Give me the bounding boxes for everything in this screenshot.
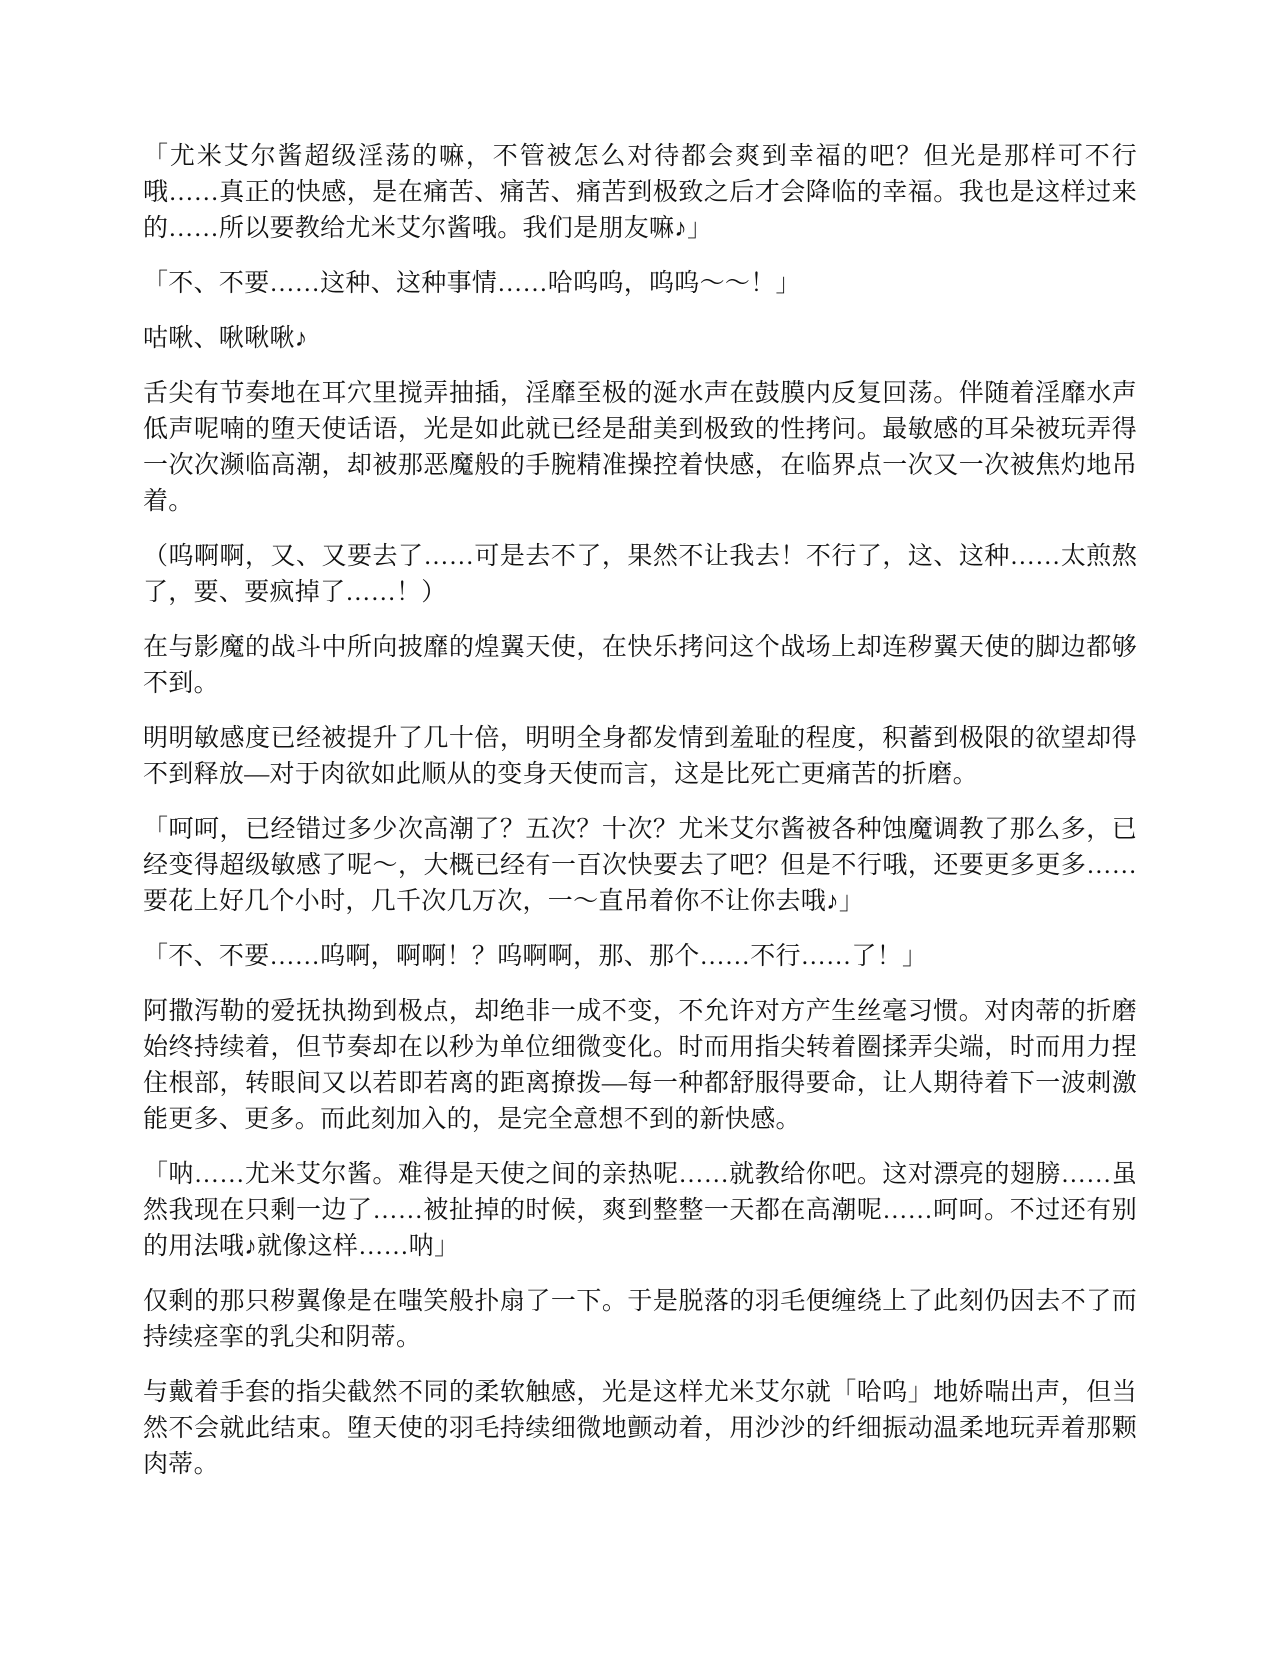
paragraph-dialogue-4: 「不、不要……呜啊，啊啊！？呜啊啊，那、那个……不行……了！」	[143, 939, 1137, 975]
paragraph-narration-5: 仅剩的那只秽翼像是在嗤笑般扑扇了一下。于是脱落的羽毛便缠绕上了此刻仍因去不了而持…	[143, 1284, 1137, 1356]
paragraph-narration-6: 与戴着手套的指尖截然不同的柔软触感，光是这样尤米艾尔就「哈呜」地娇喘出声，但当然…	[143, 1375, 1137, 1483]
paragraph-narration-4: 阿撒泻勒的爱抚执拗到极点，却绝非一成不变，不允许对方产生丝毫习惯。对肉蒂的折磨始…	[143, 994, 1137, 1138]
paragraph-dialogue-5: 「呐……尤米艾尔酱。难得是天使之间的亲热呢……就教给你吧。这对漂亮的翅膀……虽然…	[143, 1157, 1137, 1265]
paragraph-dialogue-3: 「呵呵，已经错过多少次高潮了？五次？十次？尤米艾尔酱被各种蚀魔调教了那么多，已经…	[143, 812, 1137, 920]
document-page: 「尤米艾尔酱超级淫荡的嘛，不管被怎么对待都会爽到幸福的吧？但光是那样可不行哦………	[0, 0, 1280, 1656]
paragraph-dialogue-1: 「尤米艾尔酱超级淫荡的嘛，不管被怎么对待都会爽到幸福的吧？但光是那样可不行哦………	[143, 139, 1137, 247]
paragraph-dialogue-2: 「不、不要……这种、这种事情……哈呜呜，呜呜～～！」	[143, 266, 1137, 302]
paragraph-narration-1: 舌尖有节奏地在耳穴里搅弄抽插，淫靡至极的涎水声在鼓膜内反复回荡。伴随着淫靡水声低…	[143, 376, 1137, 520]
text-column: 「尤米艾尔酱超级淫荡的嘛，不管被怎么对待都会爽到幸福的吧？但光是那样可不行哦………	[143, 139, 1137, 1502]
paragraph-narration-3: 明明敏感度已经被提升了几十倍，明明全身都发情到羞耻的程度，积蓄到极限的欲望却得不…	[143, 721, 1137, 793]
paragraph-thought: （呜啊啊，又、又要去了……可是去不了，果然不让我去！不行了，这、这种……太煎熬了…	[143, 539, 1137, 611]
paragraph-narration-2: 在与影魔的战斗中所向披靡的煌翼天使，在快乐拷问这个战场上却连秽翼天使的脚边都够不…	[143, 630, 1137, 702]
paragraph-sfx: 咕啾、啾啾啾♪	[143, 321, 1137, 357]
